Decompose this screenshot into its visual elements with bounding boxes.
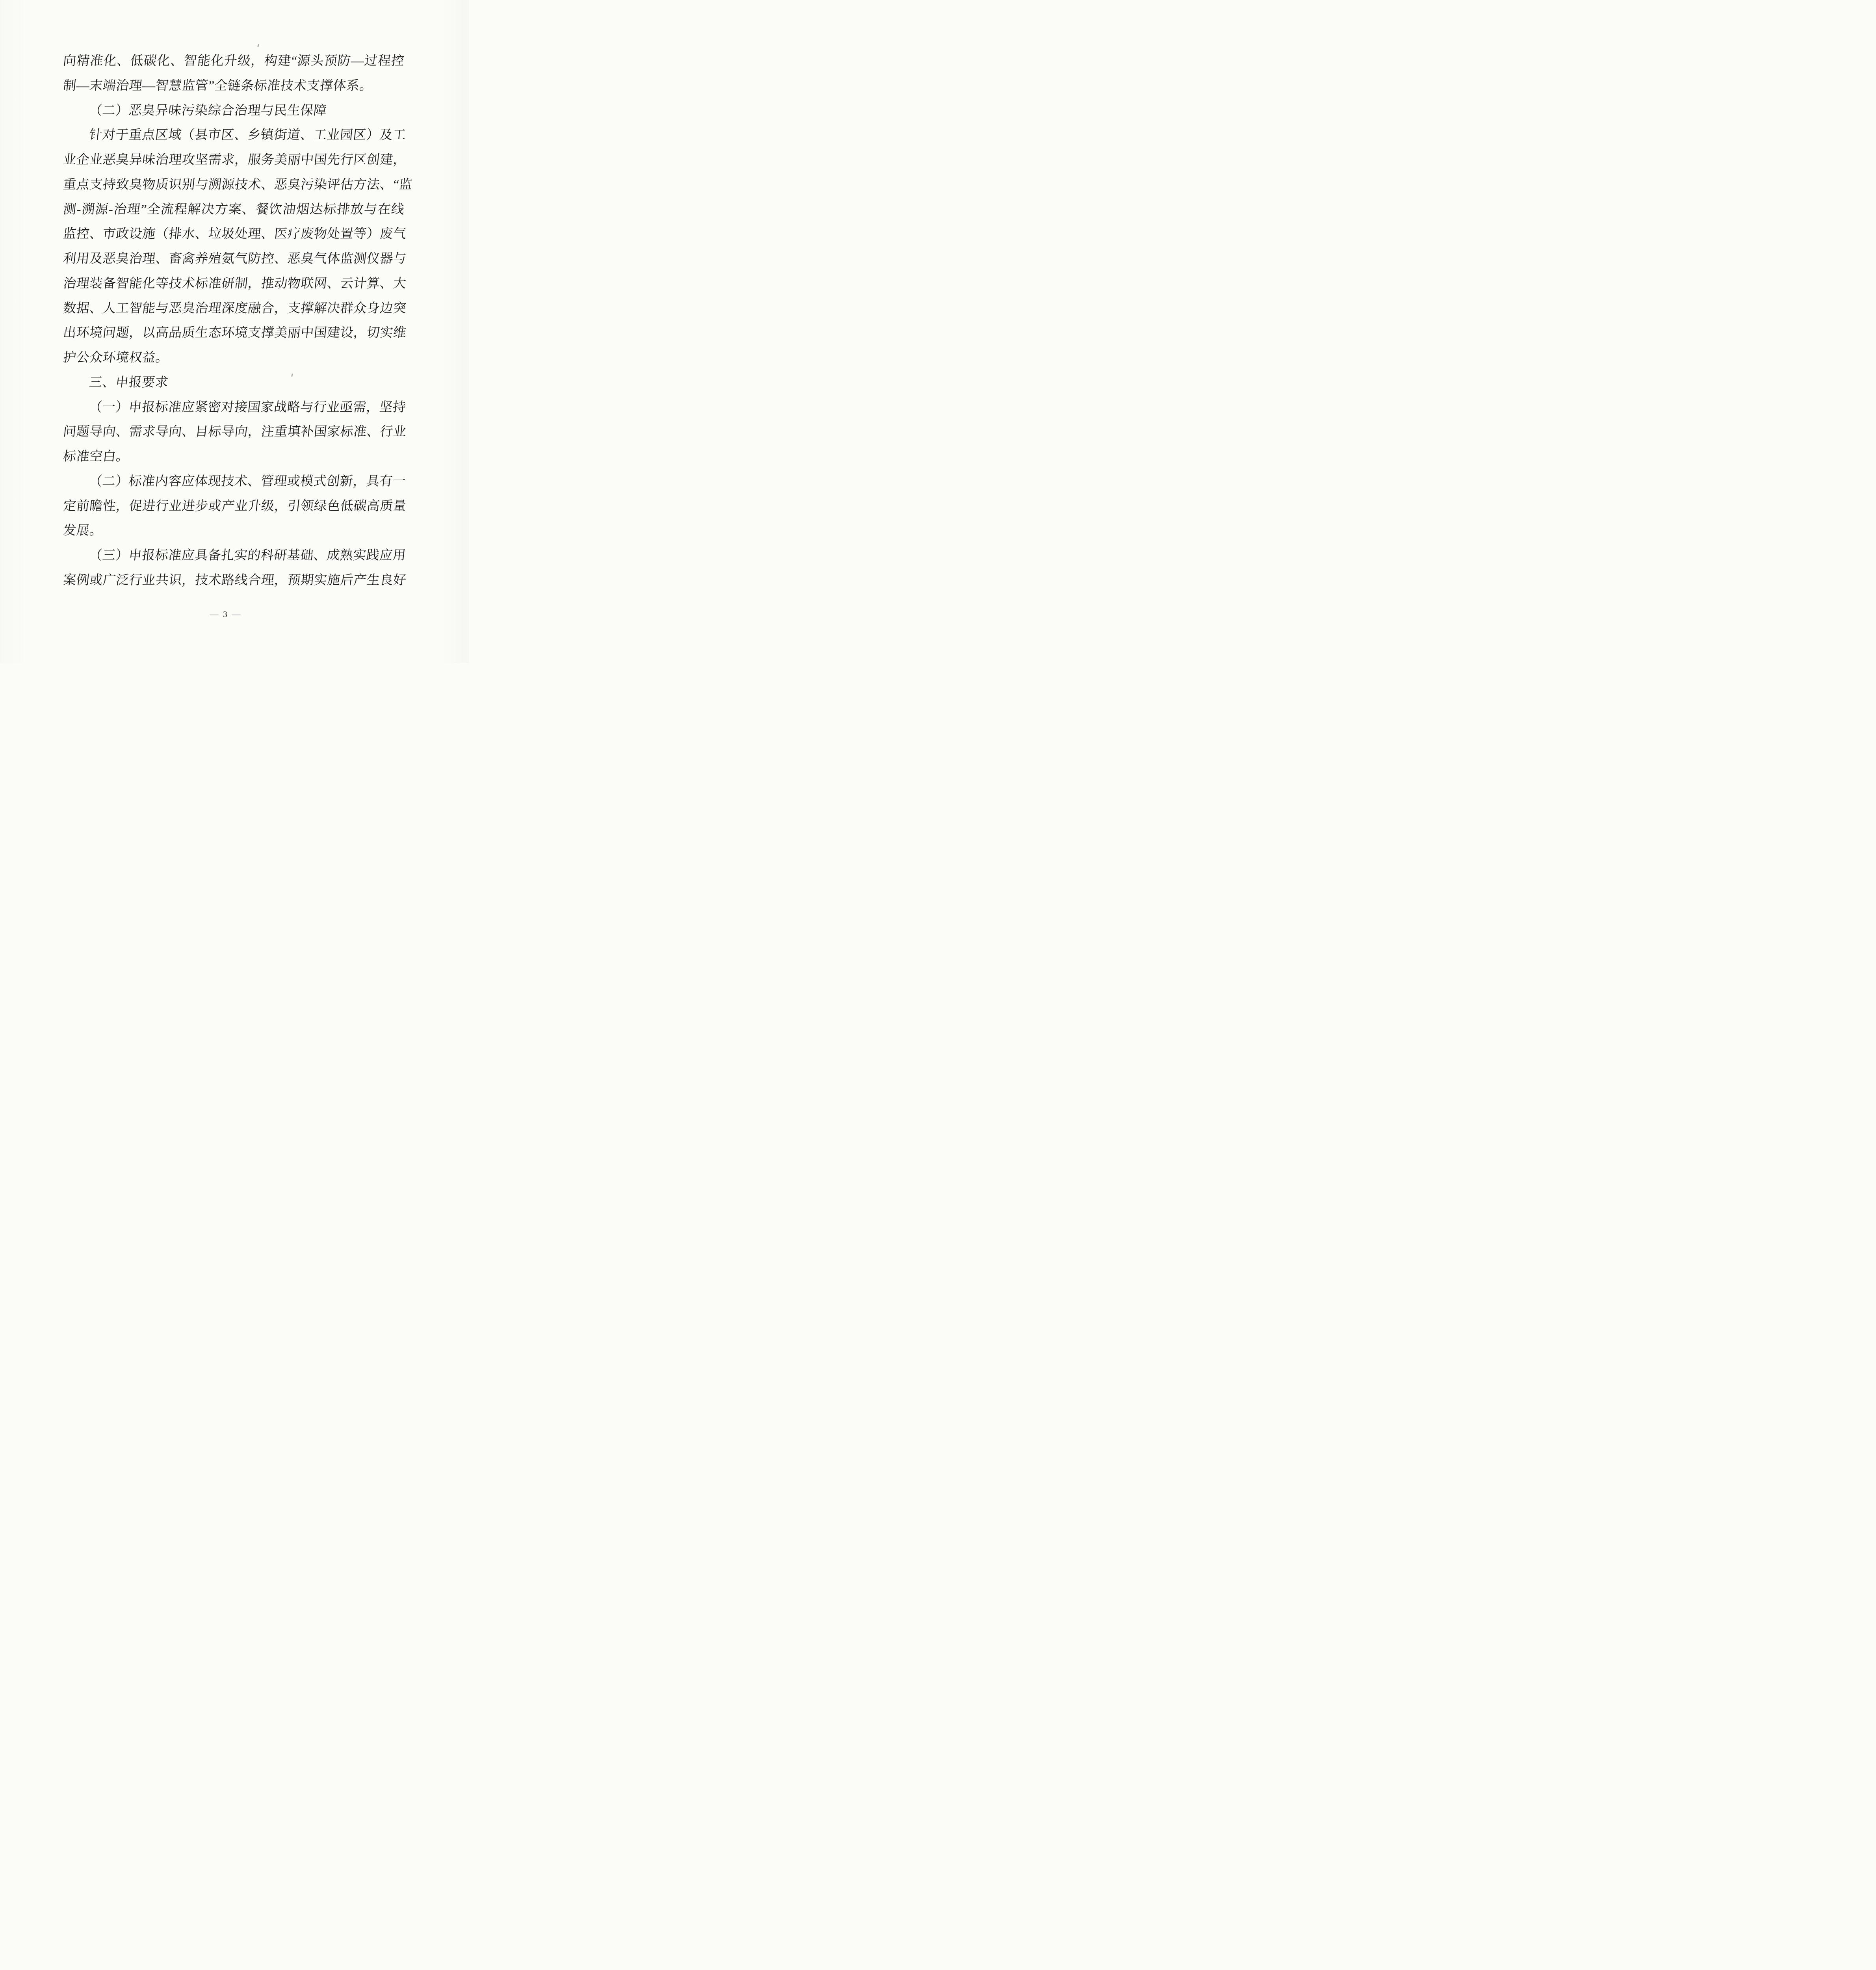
text-line: 定前瞻性，促进行业进步或产业升级，引领绿色低碳高质量 — [62, 494, 406, 519]
text-line: （二）标准内容应体现技术、管理或模式创新，具有一 — [62, 469, 406, 494]
paragraph-p1-body-continuation: 向精准化、低碳化、智能化升级，构建“源头预防—过程控制—末端治理—智慧监管”全链… — [63, 49, 404, 98]
paragraph-p3-body: 针对于重点区域（县市区、乡镇街道、工业园区）及工业企业恶臭异味治理攻坚需求，服务… — [63, 123, 404, 370]
text-line: （三）申报标准应具备扎实的科研基础、成熟实践应用 — [62, 543, 406, 568]
text-line: 测-溯源-治理”全流程解决方案、餐饮油烟达标排放与在线 — [62, 197, 406, 222]
page-number: — 3 — — [0, 609, 460, 619]
text-line: 发展。 — [62, 519, 406, 543]
document-page: 向精准化、低碳化、智能化升级，构建“源头预防—过程控制—末端治理—智慧监管”全链… — [0, 0, 469, 663]
text-line: 出环境问题，以高品质生态环境支撑美丽中国建设，切实维 — [62, 321, 406, 346]
text-line: 问题导向、需求导向、目标导向，注重填补国家标准、行业 — [62, 420, 406, 444]
paragraph-p2-subsection-heading: （二）恶臭异味污染综合治理与民生保障 — [63, 98, 404, 123]
text-line: 业企业恶臭异味治理攻坚需求，服务美丽中国先行区创建， — [62, 148, 406, 173]
paragraph-p4-section-heading: 三、申报要求 — [63, 370, 404, 395]
text-line: 重点支持致臭物质识别与溯源技术、恶臭污染评估方法、“监 — [62, 173, 406, 197]
text-line: 向精准化、低碳化、智能化升级，构建“源头预防—过程控 — [62, 49, 406, 74]
text-line: 制—末端治理—智慧监管”全链条标准技术支撑体系。 — [62, 74, 406, 98]
text-line: 数据、人工智能与恶臭治理深度融合，支撑解决群众身边突 — [62, 296, 406, 321]
text-line: （一）申报标准应紧密对接国家战略与行业亟需，坚持 — [62, 395, 406, 420]
text-line: （二）恶臭异味污染综合治理与民生保障 — [62, 98, 406, 123]
text-line: 监控、市政设施（排水、垃圾处理、医疗废物处置等）废气 — [62, 222, 406, 247]
scan-artifact — [257, 44, 259, 47]
text-line: 标准空白。 — [62, 444, 406, 469]
text-line: 案例或广泛行业共识，技术路线合理，预期实施后产生良好 — [62, 568, 406, 593]
text-line: 三、申报要求 — [62, 370, 406, 395]
paragraph-p5-body: （一）申报标准应紧密对接国家战略与行业亟需，坚持问题导向、需求导向、目标导向，注… — [63, 395, 404, 469]
text-line: 针对于重点区域（县市区、乡镇街道、工业园区）及工 — [62, 123, 406, 148]
document-body: 向精准化、低碳化、智能化升级，构建“源头预防—过程控制—末端治理—智慧监管”全链… — [63, 49, 404, 593]
text-line: 护公众环境权益。 — [62, 346, 406, 370]
paragraph-p7-body: （三）申报标准应具备扎实的科研基础、成熟实践应用案例或广泛行业共识，技术路线合理… — [63, 543, 404, 593]
text-line: 利用及恶臭治理、畜禽养殖氨气防控、恶臭气体监测仪器与 — [62, 247, 406, 271]
text-line: 治理装备智能化等技术标准研制，推动物联网、云计算、大 — [62, 271, 406, 296]
paragraph-p6-body: （二）标准内容应体现技术、管理或模式创新，具有一定前瞻性，促进行业进步或产业升级… — [63, 469, 404, 543]
